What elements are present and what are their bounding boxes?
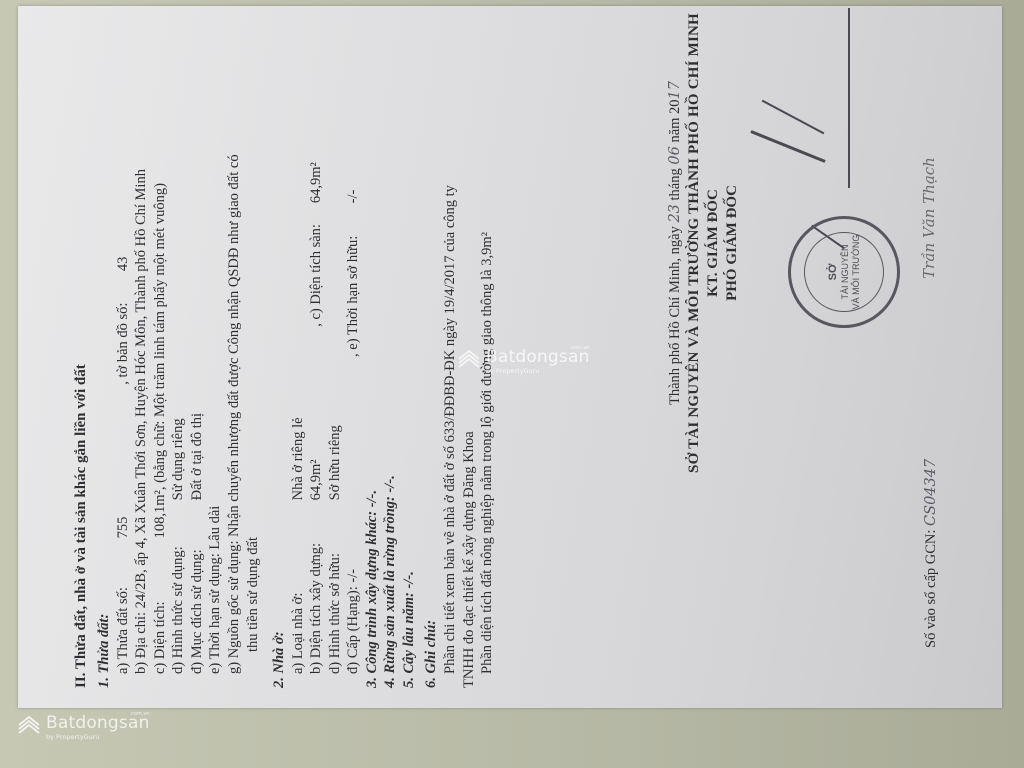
date-year-label: năm 20	[667, 99, 683, 142]
signature-stroke	[848, 8, 850, 188]
other-construction: 3. Công trình xây dựng khác: -/-.	[363, 8, 382, 688]
ownership-row: d) Hình thức sở hữu: Sở hữu riêng	[326, 8, 345, 688]
term-label: e) Thời hạn sử dụng:	[207, 553, 223, 674]
plot-number: 755	[114, 388, 133, 538]
signature-stroke	[750, 130, 825, 163]
map-sheet-label: , tờ bản đồ số:	[114, 275, 133, 385]
issuing-authority: SỞ TÀI NGUYÊN VÀ MÔI TRƯỜNG THÀNH PHỐ HỒ…	[685, 8, 704, 478]
plot-number-row: a) Thửa đất số: 755 , tờ bản đồ số: 43	[114, 8, 133, 688]
origin-value: Nhận chuyển nhượng đất được Công nhận QS…	[226, 154, 242, 536]
ownership-term-value: -/-	[345, 190, 361, 204]
purpose-value: Đất ở tại đô thị	[189, 413, 205, 500]
use-form-value: Sử dụng riêng	[170, 418, 186, 500]
built-area-label: b) Diện tích xây dựng:	[307, 504, 326, 674]
section-title: II. Thửa đất, nhà ở và tài sản khác gắn …	[72, 8, 91, 688]
origin-label: g) Nguồn gốc sử dụng:	[226, 540, 242, 674]
on-behalf-title: KT. GIÁM ĐỐC	[704, 8, 723, 478]
watermark-corner: .com.vn Batdongsan by PropertyGuru	[16, 712, 150, 741]
grade-row: đ) Cấp (Hạng): -/- , e) Thời hạn sở hữu:…	[344, 8, 363, 688]
notes-heading: 6. Ghi chú:	[422, 8, 441, 688]
batdongsan-logo-icon	[456, 349, 482, 371]
official-stamp: SỞ TÀI NGUYÊN VÀ MÔI TRƯỜNG	[788, 216, 900, 328]
plot-number-label: a) Thửa đất số:	[114, 542, 133, 674]
ownership-term-label: , e) Thời hạn sở hữu:	[344, 207, 363, 357]
signature-block: Thành phố Hồ Chí Minh, ngày 23 tháng 06 …	[666, 8, 742, 478]
watermark-brand: Batdongsan	[46, 715, 150, 732]
built-area-value: 64,9m²	[307, 330, 326, 500]
origin-row: g) Nguồn gốc sử dụng: Nhận chuyển nhượng…	[225, 8, 244, 688]
date-prefix: Thành phố Hồ Chí Minh, ngày	[667, 226, 683, 405]
grade-value: -/-	[344, 361, 363, 583]
built-area-row: b) Diện tích xây dựng: 64,9m² , c) Diện …	[307, 8, 326, 688]
address-row: b) Địa chỉ: 24/2B, ấp 4, Xã Xuân Thới Sơ…	[132, 8, 151, 688]
address-label: b) Địa chỉ:	[133, 612, 149, 674]
watermark-center: .com.vn Batdongsan by PropertyGuru	[456, 346, 590, 375]
area-row: c) Diện tích: 108,1m², (bằng chữ: Một tr…	[151, 8, 170, 688]
area-value: 108,1m², (bằng chữ: Một trăm linh tám ph…	[152, 183, 168, 538]
date-year-suffix: 17	[667, 81, 683, 99]
address-value: 24/2B, ấp 4, Xã Xuân Thới Sơn, Huyện Hóc…	[133, 169, 149, 608]
watermark-brand: Batdongsan	[486, 349, 590, 366]
purpose-row: đ) Mục đích sử dụng: Đất ở tại đô thị	[188, 8, 207, 688]
stamp-center: SỞ TÀI NGUYÊN VÀ MÔI TRƯỜNG	[804, 232, 884, 312]
watermark-byline: by PropertyGuru	[46, 734, 150, 741]
term-value: Lâu dài	[207, 506, 223, 550]
use-form-label: d) Hình thức sử dụng:	[169, 504, 188, 674]
stamp-line-3: VÀ MÔI TRƯỜNG	[851, 235, 862, 310]
signer-name: Trần Văn Thạch	[920, 108, 939, 328]
floor-area-value: 64,9m²	[308, 162, 324, 203]
ownership-label: d) Hình thức sở hữu:	[326, 504, 345, 674]
perennial-trees: 5. Cây lâu năm: -/-.	[400, 8, 419, 688]
house-type-row: a) Loại nhà ở: Nhà ở riêng lẻ	[289, 8, 308, 688]
house-heading: 2. Nhà ở:	[270, 8, 289, 688]
registry-label: Số vào sổ cấp GCN:	[923, 530, 939, 648]
date-month: 06	[667, 146, 683, 164]
area-label: c) Diện tích:	[151, 542, 170, 674]
batdongsan-logo-icon	[16, 715, 42, 737]
registry-number: Số vào sổ cấp GCN: CS04347	[922, 459, 941, 648]
section-land-house: II. Thửa đất, nhà ở và tài sản khác gắn …	[72, 8, 497, 688]
ownership-value: Sở hữu riêng	[327, 425, 343, 500]
house-type-label: a) Loại nhà ở:	[289, 504, 308, 674]
watermark-byline: by PropertyGuru	[486, 368, 590, 375]
grade-label: đ) Cấp (Hạng):	[345, 586, 361, 674]
issue-date: Thành phố Hồ Chí Minh, ngày 23 tháng 06 …	[666, 8, 685, 478]
date-month-label: tháng	[667, 168, 683, 200]
origin-continued: thu tiền sử dụng đất	[244, 8, 263, 688]
date-day: 23	[667, 204, 683, 222]
land-heading: 1. Thửa đất:	[95, 8, 114, 688]
use-form-row: d) Hình thức sử dụng: Sử dụng riêng	[169, 8, 188, 688]
registry-value: CS04347	[923, 459, 939, 526]
term-row: e) Thời hạn sử dụng: Lâu dài	[206, 8, 225, 688]
floor-area-label: , c) Diện tích sàn:	[307, 207, 326, 327]
house-type-value: Nhà ở riêng lẻ	[290, 417, 306, 500]
production-forest: 4. Rừng sản xuất là rừng trồng: -/-.	[381, 8, 400, 688]
position-title: PHÓ GIÁM ĐỐC	[723, 8, 742, 478]
purpose-label: đ) Mục đích sử dụng:	[188, 504, 207, 674]
map-sheet-number: 43	[115, 257, 131, 272]
stamp-line-2: TÀI NGUYÊN	[840, 245, 851, 300]
signature-stroke	[762, 100, 825, 135]
stamp-line-1: SỞ	[827, 264, 840, 281]
